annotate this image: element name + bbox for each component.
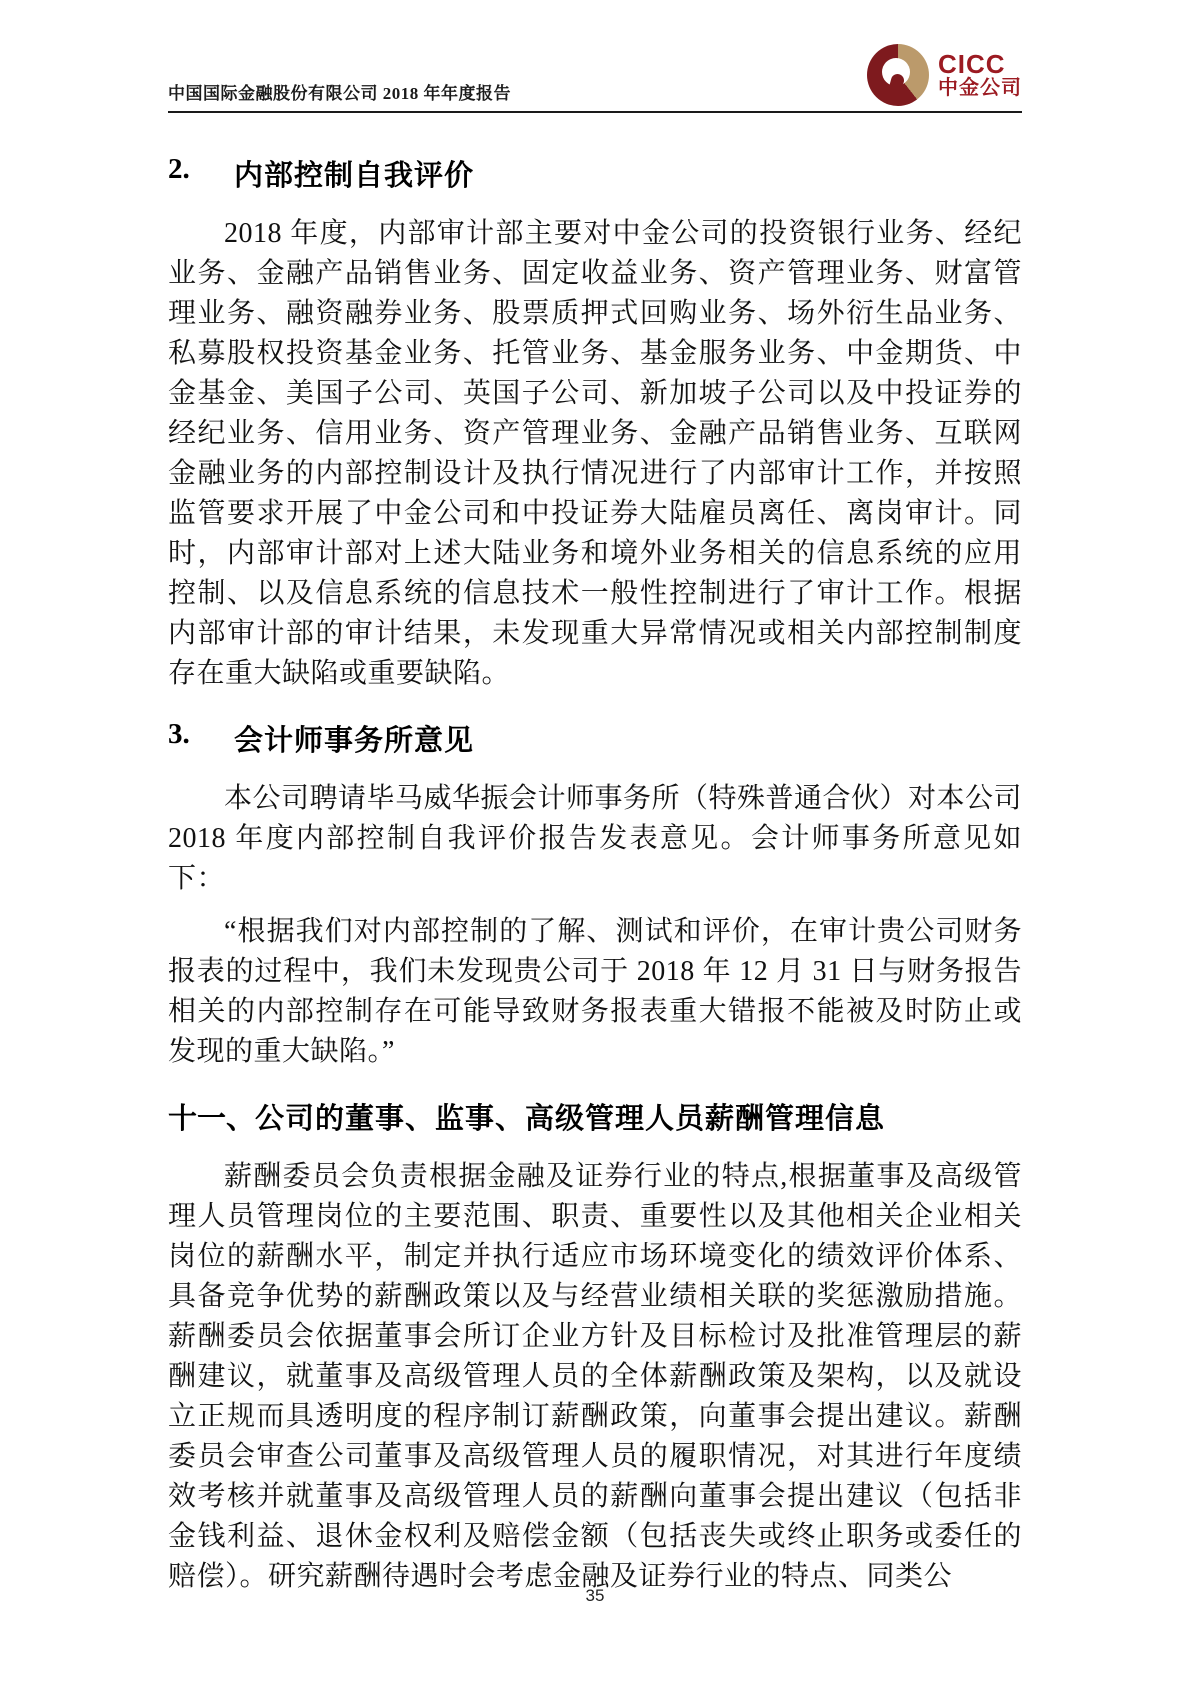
section-title: 公司的董事、监事、高级管理人员薪酬管理信息 — [255, 1096, 885, 1137]
logo-text: CICC 中金公司 — [938, 51, 1022, 99]
section-heading-accounting-firm-opinion: 3. 会计师事务所意见 — [168, 718, 1022, 759]
section-heading-internal-control-self-evaluation: 2. 内部控制自我评价 — [168, 153, 1022, 194]
page-number: 35 — [0, 1586, 1190, 1606]
section-number: 2. — [168, 153, 234, 194]
report-title: 中国国际金融股份有限公司 2018 年年度报告 — [168, 79, 511, 106]
section-heading-remuneration-management: 十一、 公司的董事、监事、高级管理人员薪酬管理信息 — [168, 1096, 1022, 1137]
paragraph-remuneration-committee: 薪酬委员会负责根据金融及证券行业的特点,根据董事及高级管理人员管理岗位的主要范围… — [168, 1157, 1022, 1597]
cicc-logo-icon — [867, 44, 929, 106]
paragraph-kpmg-engagement: 本公司聘请毕马威华振会计师事务所（特殊普通合伙）对本公司 2018 年度内部控制… — [168, 779, 1022, 899]
report-page: 中国国际金融股份有限公司 2018 年年度报告 CICC 中金公司 2. 内部控… — [0, 0, 1190, 1684]
logo-hole — [882, 58, 910, 86]
section-title: 会计师事务所意见 — [234, 718, 474, 759]
section-number: 3. — [168, 718, 234, 759]
cicc-logo: CICC 中金公司 — [867, 44, 1022, 106]
logo-name-en: CICC — [938, 51, 1022, 78]
paragraph-internal-audit-scope: 2018 年度，内部审计部主要对中金公司的投资银行业务、经纪业务、金融产品销售业… — [168, 214, 1022, 694]
paragraph-auditor-quote: “根据我们对内部控制的了解、测试和评价，在审计贵公司财务报表的过程中，我们未发现… — [168, 912, 1022, 1072]
logo-name-zh: 中金公司 — [938, 78, 1022, 99]
logo-swirl — [890, 73, 906, 89]
page-header: 中国国际金融股份有限公司 2018 年年度报告 CICC 中金公司 — [168, 0, 1022, 113]
section-number: 十一、 — [168, 1096, 255, 1137]
section-title: 内部控制自我评价 — [234, 153, 474, 194]
